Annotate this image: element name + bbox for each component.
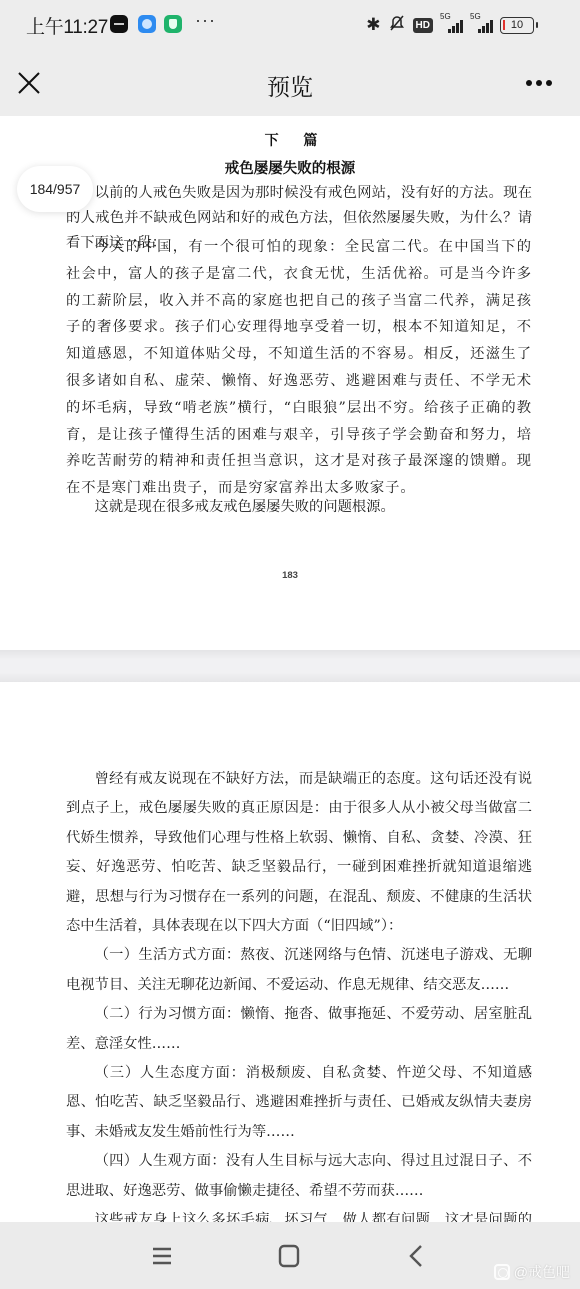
app-header: 预览 <box>0 50 580 116</box>
page-indicator: 184/957 <box>17 166 93 212</box>
bluetooth-icon: ✱ <box>366 15 380 35</box>
paragraph: （四）人生观方面：没有人生目标与远大志向、得过且过混日子、不思进取、好逸恶劳、做… <box>66 1147 532 1206</box>
paragraph: （一）生活方式方面：熬夜、沉迷网络与色情、沉迷电子游戏、无聊电视节目、关注无聊花… <box>66 941 532 1000</box>
more-options-button[interactable] <box>526 80 552 86</box>
paragraph: 曾经有戒友说现在不缺好方法，而是缺端正的态度。这句话还没有说到点子上，戒色屡屡失… <box>66 765 532 941</box>
back-icon <box>402 1242 430 1270</box>
status-icons: ✱ HD 5G 5G 10 <box>366 14 534 36</box>
home-button[interactable] <box>275 1242 303 1270</box>
mute-icon <box>388 14 406 36</box>
back-button[interactable] <box>402 1242 430 1270</box>
page-title: 预览 <box>0 69 580 102</box>
paragraph: （三）人生态度方面：消极颓废、自私贪婪、忤逆父母、不知道感恩、怕吃苦、缺乏坚毅品… <box>66 1059 532 1147</box>
security-app-icon <box>164 15 182 33</box>
more-icon-dot <box>546 80 552 86</box>
menu-icon <box>148 1242 176 1270</box>
more-icon-dot <box>536 80 542 86</box>
watermark-logo-icon <box>494 1264 510 1280</box>
hd-voice-badge: HD <box>413 18 433 33</box>
page-separator <box>0 650 580 682</box>
signal-2-icon: 5G <box>470 17 493 33</box>
paragraph: （二）行为习惯方面：懒惰、拖沓、做事拖延、不爱劳动、居室脏乱差、意淫女性…… <box>66 1000 532 1059</box>
document-page: 曾经有戒友说现在不缺好方法，而是缺端正的态度。这句话还没有说到点子上，戒色屡屡失… <box>0 682 580 1222</box>
home-icon <box>275 1242 303 1270</box>
system-nav-bar: @戒色吧 <box>0 1222 580 1289</box>
quote-paragraph: 今天的中国，有一个很可怕的现象：全民富二代。在中国当下的社会中，富人的孩子是富二… <box>66 234 532 502</box>
more-icon-dot <box>526 80 532 86</box>
status-bar: 上午11:27 ··· ✱ HD 5G 5G 10 <box>0 0 580 50</box>
document-viewer[interactable]: 下 篇 戒色屡屡失败的根源 以前的人戒色失败是因为那时候没有戒色网站，没有好的方… <box>0 116 580 1222</box>
paragraph: 这些戒友身上这么多坏毛病、坏习气，做人都有问题，这才是问题的根源。 <box>66 1206 532 1222</box>
more-notifications-icon: ··· <box>195 10 216 31</box>
chat-app-icon <box>138 15 156 33</box>
section-heading: 下 篇 <box>0 130 580 150</box>
page-number: 183 <box>0 570 580 581</box>
status-time: 上午11:27 <box>26 12 108 39</box>
body-text: 曾经有戒友说现在不缺好方法，而是缺端正的态度。这句话还没有说到点子上，戒色屡屡失… <box>66 765 532 1222</box>
conclusion-paragraph: 这就是现在很多戒友戒色屡屡失败的问题根源。 <box>66 495 532 520</box>
audio-app-icon <box>110 15 128 33</box>
recent-apps-button[interactable] <box>148 1242 176 1270</box>
battery-icon: 10 <box>500 17 534 34</box>
watermark: @戒色吧 <box>494 1262 570 1282</box>
signal-1-icon: 5G <box>440 17 463 33</box>
